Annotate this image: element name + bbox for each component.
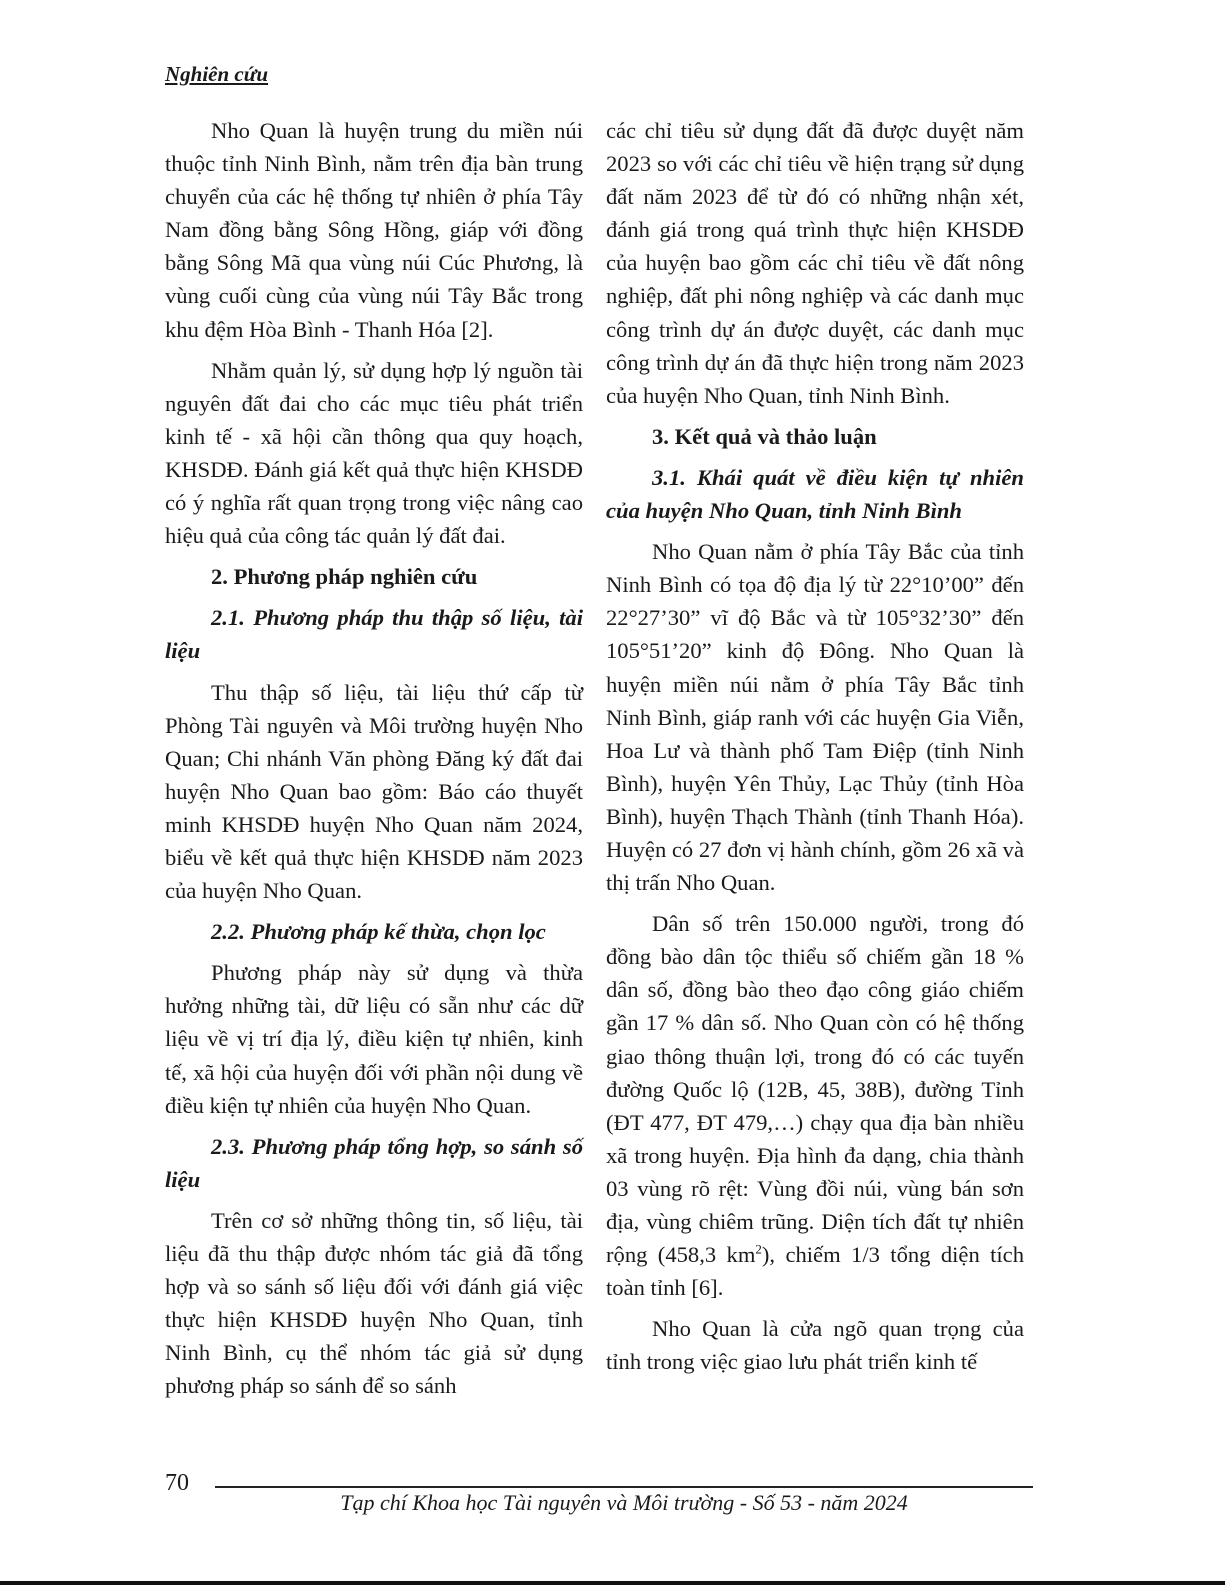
heading-3-1: 3.1. Khái quát về điều kiện tự nhiên của… bbox=[606, 461, 1024, 527]
paragraph-intro: Nho Quan là huyện trung du miền núi thuộ… bbox=[165, 114, 583, 346]
journal-footer: Tạp chí Khoa học Tài nguyên và Môi trườn… bbox=[215, 1490, 1033, 1516]
paragraph-population: Dân số trên 150.000 người, trong đó đồng… bbox=[606, 907, 1024, 1304]
page-bottom-edge bbox=[0, 1581, 1225, 1585]
paragraph-location: Nho Quan nằm ở phía Tây Bắc của tỉnh Nin… bbox=[606, 535, 1024, 899]
footer-divider bbox=[215, 1486, 1033, 1488]
population-text: Dân số trên 150.000 người, trong đó đồng… bbox=[606, 911, 1024, 1267]
paragraph-2-3: Trên cơ sở những thông tin, số liệu, tài… bbox=[165, 1204, 583, 1403]
paragraph-2-2: Phương pháp này sử dụng và thừa hưởng nh… bbox=[165, 956, 583, 1121]
heading-2-1: 2.1. Phương pháp thu thập số liệu, tài l… bbox=[165, 601, 583, 667]
page-number: 70 bbox=[165, 1470, 189, 1497]
paragraph-gateway: Nho Quan là cửa ngõ quan trọng của tỉnh … bbox=[606, 1312, 1024, 1378]
heading-section-2: 2. Phương pháp nghiên cứu bbox=[165, 560, 583, 593]
paragraph-purpose: Nhằm quản lý, sử dụng hợp lý nguồn tài n… bbox=[165, 354, 583, 553]
heading-2-3: 2.3. Phương pháp tổng hợp, so sánh số li… bbox=[165, 1130, 583, 1196]
right-column: các chỉ tiêu sử dụng đất đã được duyệt n… bbox=[606, 114, 1024, 1378]
left-column: Nho Quan là huyện trung du miền núi thuộ… bbox=[165, 114, 583, 1402]
journal-page: Nghiên cứu Nho Quan là huyện trung du mi… bbox=[0, 0, 1225, 1581]
paragraph-2-1: Thu thập số liệu, tài liệu thứ cấp từ Ph… bbox=[165, 676, 583, 908]
heading-2-2: 2.2. Phương pháp kế thừa, chọn lọc bbox=[165, 915, 583, 948]
heading-section-3: 3. Kết quả và thảo luận bbox=[606, 420, 1024, 453]
section-label: Nghiên cứu bbox=[165, 62, 268, 87]
paragraph-continued: các chỉ tiêu sử dụng đất đã được duyệt n… bbox=[606, 114, 1024, 412]
